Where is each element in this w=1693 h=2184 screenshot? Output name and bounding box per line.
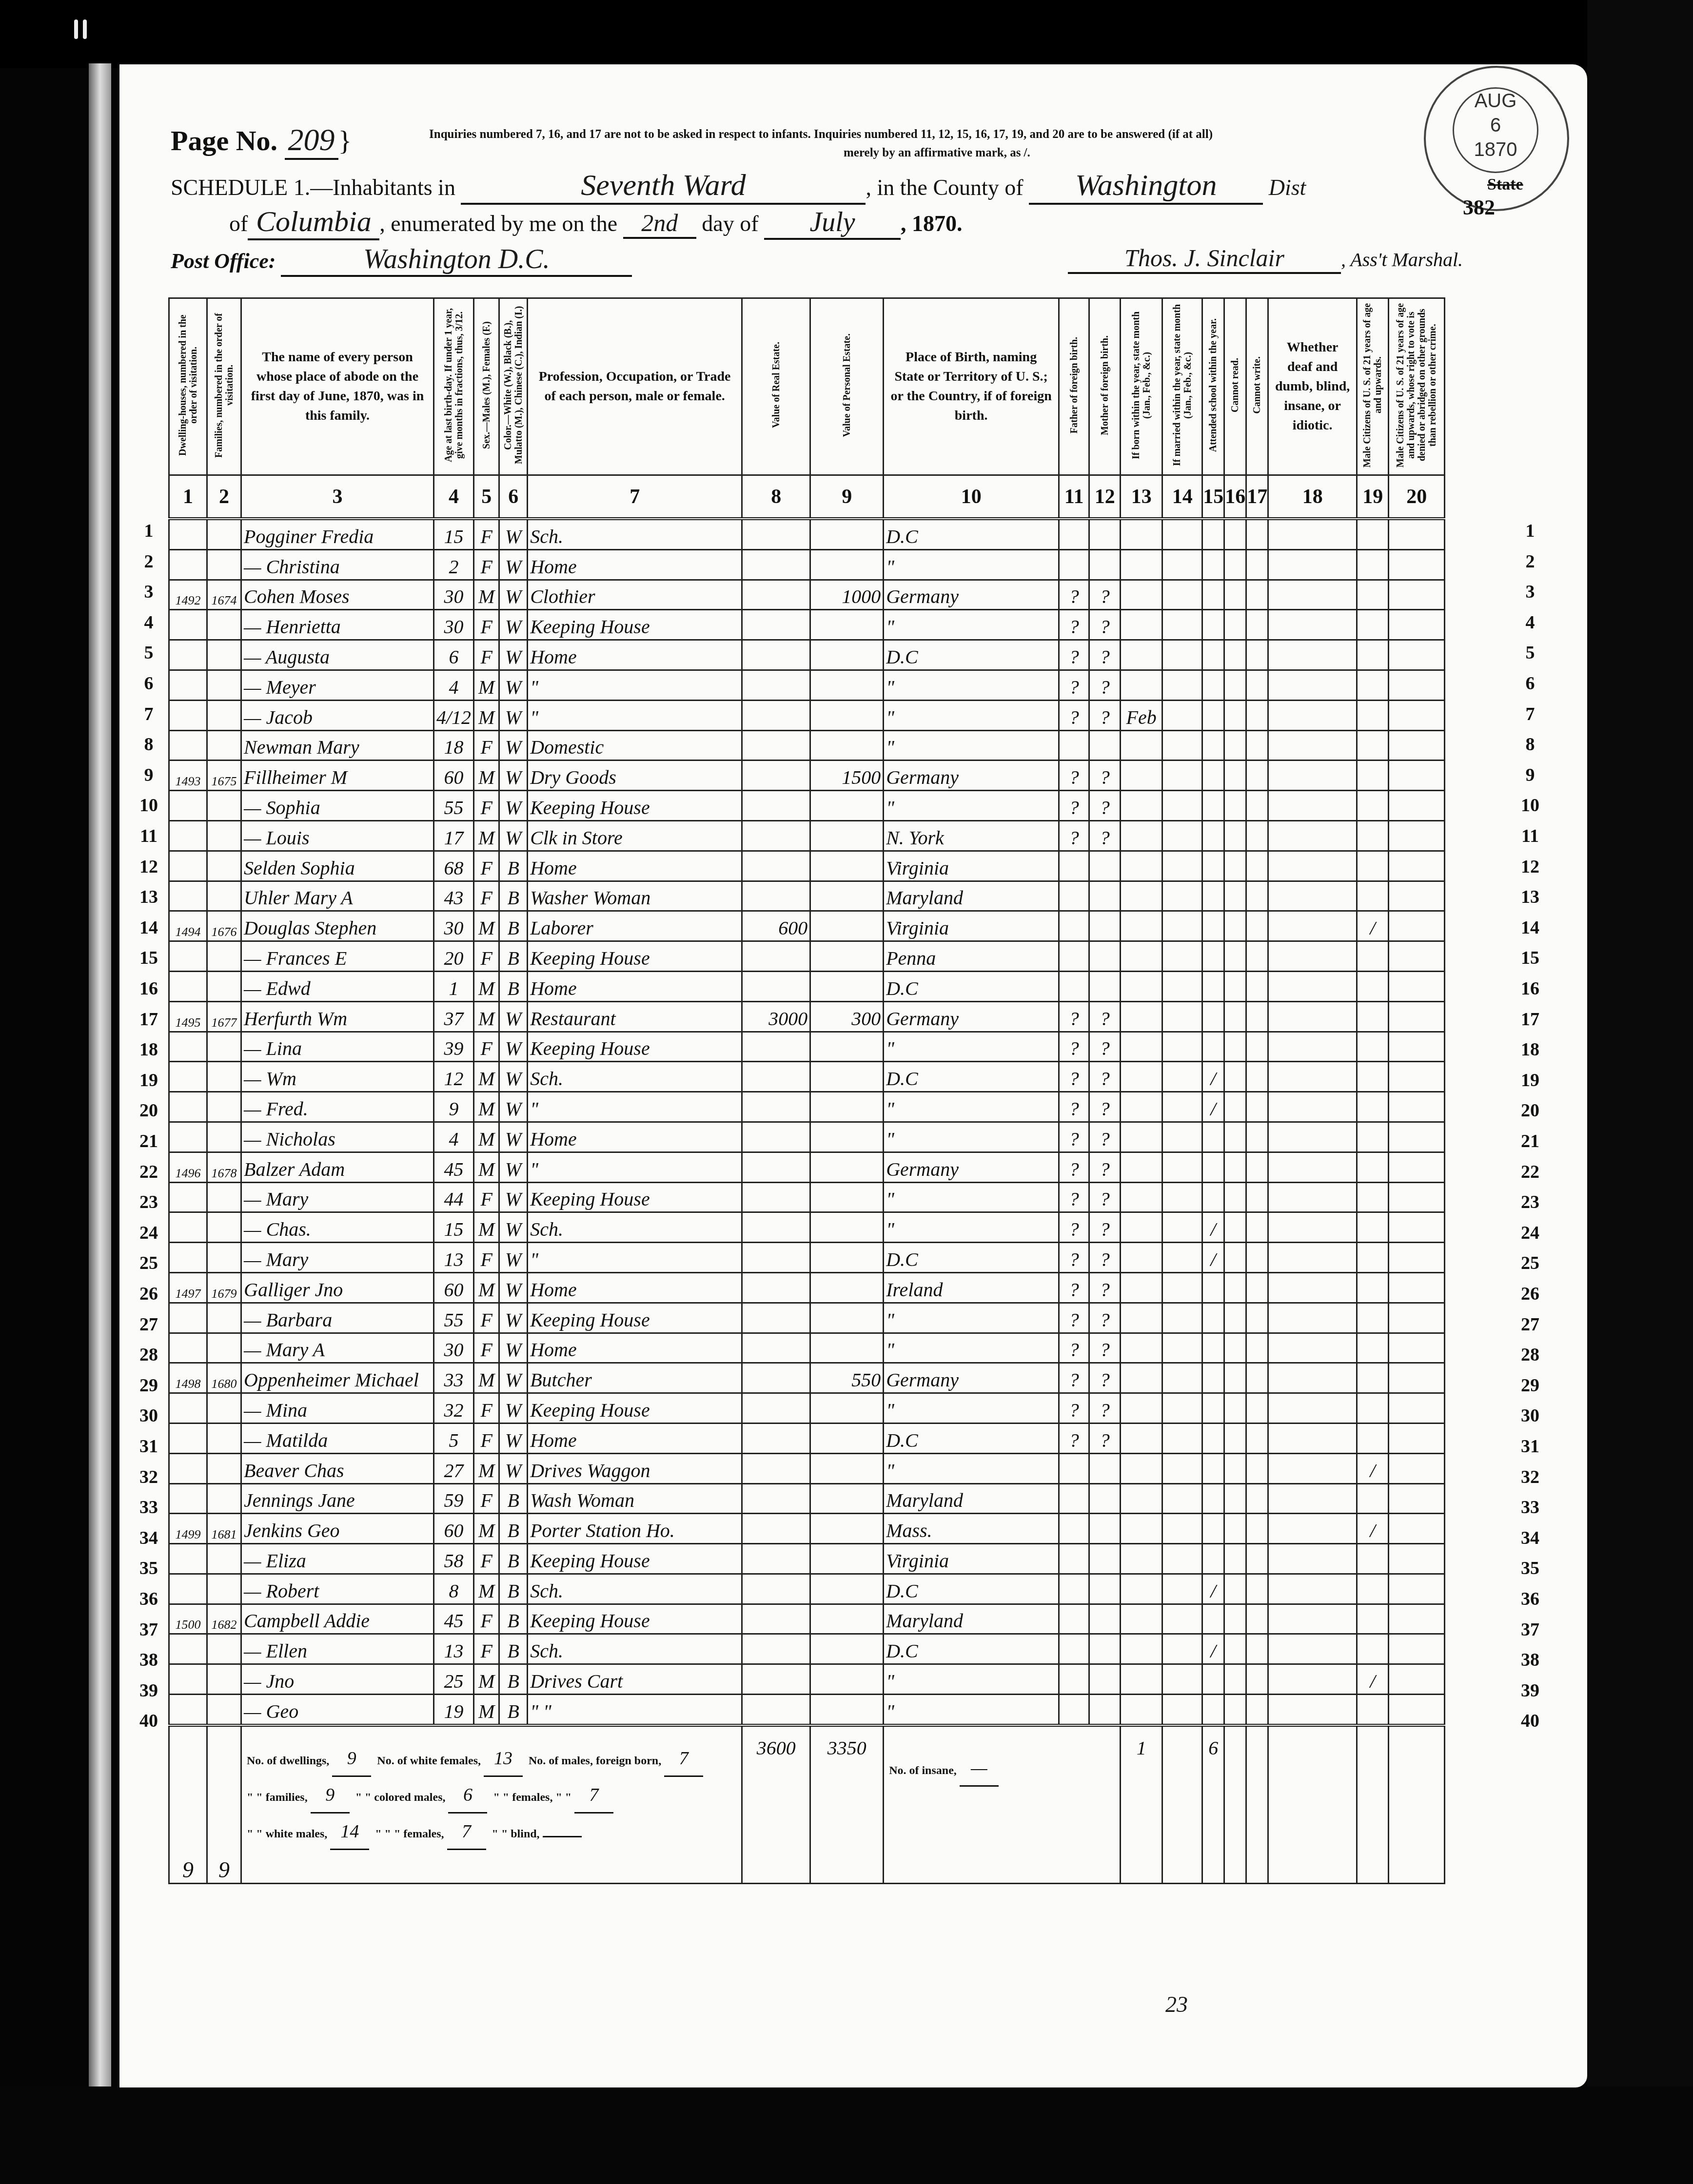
table-row: Newman Mary18FWDomestic"	[169, 730, 1445, 760]
colored-females-count: 7	[447, 1814, 486, 1850]
cell-married-month	[1162, 1001, 1202, 1032]
cell-sex: M	[474, 1272, 499, 1303]
cell-sex: M	[474, 700, 499, 730]
females-foreign-count: 7	[574, 1778, 613, 1813]
cell-deaf	[1268, 549, 1357, 580]
cell-age: 13	[434, 1243, 474, 1273]
cell-citizen	[1357, 1243, 1389, 1273]
cell-father-foreign: ?	[1059, 1032, 1089, 1062]
cell-occupation: Laborer	[528, 911, 742, 941]
cell-deaf	[1268, 1453, 1357, 1483]
cell-name: — Christina	[241, 549, 434, 580]
cell-citizen	[1357, 881, 1389, 911]
cell-cannot-write	[1246, 1182, 1268, 1212]
cell-color: W	[499, 1303, 528, 1333]
column-header-13: If born within the year, state month (Ja…	[1121, 298, 1162, 475]
line-number-left: 19	[139, 1070, 158, 1091]
cell-born-month	[1121, 1182, 1162, 1212]
line-number-left: 23	[139, 1191, 158, 1213]
cell-dwelling	[169, 971, 207, 1001]
cell-sex: M	[474, 1122, 499, 1152]
cell-mother-foreign: ?	[1089, 1182, 1121, 1212]
cell-birthplace: "	[884, 610, 1059, 640]
cell-age: 60	[434, 1272, 474, 1303]
line-number-left: 38	[139, 1649, 158, 1671]
cell-cannot-read	[1224, 820, 1246, 851]
cell-family	[207, 1544, 241, 1574]
cell-mother-foreign: ?	[1089, 1243, 1121, 1273]
table-row: — Chas.15MWSch."??/	[169, 1212, 1445, 1243]
cell-real	[742, 1393, 810, 1423]
cell-father-foreign: ?	[1059, 1243, 1089, 1273]
cell-sex: F	[474, 1333, 499, 1363]
cell-personal	[810, 1604, 884, 1634]
cell-mother-foreign	[1089, 911, 1121, 941]
white-females-label: No. of white females,	[377, 1755, 481, 1767]
cell-school	[1202, 1544, 1224, 1574]
cell-sex: F	[474, 941, 499, 972]
table-row: 14941676Douglas Stephen30MBLaborer600Vir…	[169, 911, 1445, 941]
cell-name: — Mary A	[241, 1333, 434, 1363]
cell-cannot-read	[1224, 1303, 1246, 1333]
line-number-left: 30	[139, 1405, 158, 1426]
line-number-left: 16	[139, 978, 158, 999]
cell-denied	[1389, 1604, 1445, 1634]
line-number-left: 35	[139, 1558, 158, 1579]
cell-personal	[810, 1152, 884, 1182]
line-number-left: 27	[139, 1314, 158, 1335]
cell-father-foreign: ?	[1059, 580, 1089, 610]
column-header-text: Families, numbered in the order of visit…	[214, 302, 235, 468]
cell-school	[1202, 1152, 1224, 1182]
cell-father-foreign: ?	[1059, 1152, 1089, 1182]
cell-age: 43	[434, 881, 474, 911]
county-field: Washington	[1029, 168, 1263, 205]
cell-real	[742, 1092, 810, 1122]
cell-color: B	[499, 881, 528, 911]
line-number-right: 14	[1520, 917, 1540, 938]
cell-citizen	[1357, 1634, 1389, 1664]
cell-dwelling	[169, 1212, 207, 1243]
cell-denied	[1389, 1483, 1445, 1514]
table-row: — Nicholas4MWHome"??	[169, 1122, 1445, 1152]
cell-dwelling	[169, 1243, 207, 1273]
cell-name: Beaver Chas	[241, 1453, 434, 1483]
cell-name: — Lina	[241, 1032, 434, 1062]
cell-dwelling	[169, 1393, 207, 1423]
cell-birthplace: Maryland	[884, 1604, 1059, 1634]
line-number-left: 17	[139, 1009, 158, 1030]
cell-family	[207, 881, 241, 911]
cell-school	[1202, 549, 1224, 580]
cell-family	[207, 971, 241, 1001]
cell-birthplace: Germany	[884, 1152, 1059, 1182]
column-header-15: Attended school within the year.	[1202, 298, 1224, 475]
line-number-left: 3	[139, 581, 158, 603]
column-header-8: Value of Real Estate.	[742, 298, 810, 475]
cell-occupation: Wash Woman	[528, 1483, 742, 1514]
line-number-right: 15	[1520, 947, 1540, 969]
cell-married-month	[1162, 1574, 1202, 1604]
cell-cannot-write	[1246, 760, 1268, 791]
line-number-right: 13	[1520, 886, 1540, 908]
cell-occupation: Restaurant	[528, 1001, 742, 1032]
line-number-right: 40	[1520, 1710, 1540, 1732]
line-number-right: 2	[1520, 551, 1540, 572]
cell-color: W	[499, 1363, 528, 1393]
cell-mother-foreign	[1089, 519, 1121, 549]
cell-personal	[810, 1695, 884, 1725]
cell-name: — Robert	[241, 1574, 434, 1604]
cell-color: W	[499, 700, 528, 730]
column-header-text: Male Citizens of U. S. of 21 years of ag…	[1395, 302, 1438, 468]
cell-personal	[810, 1122, 884, 1152]
cell-name: — Matilda	[241, 1423, 434, 1453]
cell-occupation: Keeping House	[528, 1544, 742, 1574]
cell-cannot-read	[1224, 1152, 1246, 1182]
line-number-left: 29	[139, 1375, 158, 1396]
cell-birthplace: "	[884, 1333, 1059, 1363]
line-number-right: 5	[1520, 642, 1540, 663]
census-table: Dwelling-houses, numbered in the order o…	[168, 297, 1445, 1884]
cell-name: — Barbara	[241, 1303, 434, 1333]
cell-dwelling	[169, 670, 207, 700]
cell-occupation: Sch.	[528, 1574, 742, 1604]
cell-mother-foreign: ?	[1089, 640, 1121, 670]
line-number-right: 11	[1520, 825, 1540, 847]
state-field: Columbia	[248, 205, 379, 240]
cell-name: Newman Mary	[241, 730, 434, 760]
cell-cannot-write	[1246, 1032, 1268, 1062]
line-number-left: 40	[139, 1710, 158, 1732]
cell-name: — Mina	[241, 1393, 434, 1423]
cell-married-month	[1162, 1243, 1202, 1273]
cell-personal	[810, 1333, 884, 1363]
cell-color: B	[499, 1664, 528, 1695]
cell-married-month	[1162, 1423, 1202, 1453]
cell-deaf	[1268, 1664, 1357, 1695]
cell-birthplace: D.C	[884, 1423, 1059, 1453]
cell-real	[742, 881, 810, 911]
line-number-right: 10	[1520, 795, 1540, 816]
cell-mother-foreign: ?	[1089, 820, 1121, 851]
cell-sex: F	[474, 881, 499, 911]
cell-cannot-write	[1246, 1272, 1268, 1303]
cell-age: 4	[434, 670, 474, 700]
cell-denied	[1389, 1212, 1445, 1243]
cell-real	[742, 1182, 810, 1212]
column-number: 16	[1224, 475, 1246, 519]
page-number: 209	[285, 122, 338, 160]
cell-birthplace: "	[884, 1393, 1059, 1423]
cell-age: 45	[434, 1152, 474, 1182]
cell-age: 55	[434, 791, 474, 821]
cell-birthplace: "	[884, 791, 1059, 821]
cell-age: 39	[434, 1032, 474, 1062]
state-prefix: of	[229, 211, 248, 236]
females-foreign-label: " " females, " "	[493, 1791, 571, 1804]
cell-school	[1202, 1514, 1224, 1544]
table-row: 14921674Cohen Moses30MWClothier1000Germa…	[169, 580, 1445, 610]
column-header-5: Sex.—Males (M.), Females (F.)	[474, 298, 499, 475]
cell-family	[207, 1695, 241, 1725]
table-row: 14981680Oppenheimer Michael33MWButcher55…	[169, 1363, 1445, 1393]
cell-deaf	[1268, 1032, 1357, 1062]
cell-cannot-read	[1224, 610, 1246, 640]
cell-birthplace: Virginia	[884, 851, 1059, 881]
cell-color: W	[499, 549, 528, 580]
cell-citizen: /	[1357, 911, 1389, 941]
cell-real	[742, 700, 810, 730]
cell-sex: M	[474, 1363, 499, 1393]
scan-background-right	[1587, 0, 1693, 2184]
cell-married-month	[1162, 730, 1202, 760]
cell-mother-foreign: ?	[1089, 1272, 1121, 1303]
cell-name: Herfurth Wm	[241, 1001, 434, 1032]
cell-real	[742, 1695, 810, 1725]
cell-cannot-read	[1224, 911, 1246, 941]
cell-age: 15	[434, 519, 474, 549]
line-number-right: 21	[1520, 1131, 1540, 1152]
cell-cannot-write	[1246, 1001, 1268, 1032]
cell-citizen	[1357, 971, 1389, 1001]
cell-color: B	[499, 911, 528, 941]
column-header-text: Age at last birth-day. If under 1 year, …	[443, 302, 465, 468]
cell-citizen	[1357, 1032, 1389, 1062]
cell-family	[207, 640, 241, 670]
cell-father-foreign	[1059, 1514, 1089, 1544]
schedule-label: SCHEDULE 1.—Inhabitants in	[171, 175, 455, 200]
column-header-text: Mother of foreign birth.	[1100, 335, 1110, 435]
cell-mother-foreign: ?	[1089, 1393, 1121, 1423]
cell-occupation: Keeping House	[528, 1182, 742, 1212]
line-number-right: 17	[1520, 1009, 1540, 1030]
table-row: 14931675Fillheimer M60MWDry Goods1500Ger…	[169, 760, 1445, 791]
cell-citizen	[1357, 610, 1389, 640]
cell-sex: F	[474, 1393, 499, 1423]
cell-born-month	[1121, 1092, 1162, 1122]
cell-father-foreign	[1059, 519, 1089, 549]
cell-real	[742, 941, 810, 972]
cell-birthplace: "	[884, 730, 1059, 760]
cell-birthplace: D.C	[884, 640, 1059, 670]
cell-cannot-write	[1246, 1695, 1268, 1725]
cell-real	[742, 1574, 810, 1604]
cell-father-foreign	[1059, 1664, 1089, 1695]
cell-age: 30	[434, 580, 474, 610]
cell-sex: M	[474, 1574, 499, 1604]
cell-name: — Sophia	[241, 791, 434, 821]
cell-citizen	[1357, 1695, 1389, 1725]
column-header-11: Father of foreign birth.	[1059, 298, 1089, 475]
cell-family: 1681	[207, 1514, 241, 1544]
cell-family	[207, 1423, 241, 1453]
cell-occupation: Sch.	[528, 1634, 742, 1664]
cell-married-month	[1162, 1393, 1202, 1423]
cell-name: — Fred.	[241, 1092, 434, 1122]
cell-deaf	[1268, 1634, 1357, 1664]
cell-name: Fillheimer M	[241, 760, 434, 791]
cell-school	[1202, 1483, 1224, 1514]
cell-born-month	[1121, 1483, 1162, 1514]
cell-birthplace: "	[884, 1122, 1059, 1152]
cell-married-month	[1162, 820, 1202, 851]
cell-color: W	[499, 730, 528, 760]
cell-birthplace: "	[884, 1092, 1059, 1122]
cell-family: 1675	[207, 760, 241, 791]
cell-occupation: Porter Station Ho.	[528, 1514, 742, 1544]
cell-birthplace: "	[884, 1695, 1059, 1725]
cell-citizen	[1357, 820, 1389, 851]
cell-deaf	[1268, 1152, 1357, 1182]
cell-dwelling	[169, 820, 207, 851]
cell-dwelling	[169, 1062, 207, 1092]
cell-cannot-write	[1246, 610, 1268, 640]
total-cannot-write	[1246, 1725, 1268, 1884]
cell-sex: M	[474, 820, 499, 851]
line-number-left: 6	[139, 673, 158, 694]
cell-cannot-write	[1246, 941, 1268, 972]
cell-occupation: "	[528, 670, 742, 700]
cell-sex: M	[474, 1514, 499, 1544]
cell-family	[207, 1483, 241, 1514]
cell-cannot-write	[1246, 1243, 1268, 1273]
line-number-left: 12	[139, 856, 158, 877]
column-number: 5	[474, 475, 499, 519]
cell-cannot-read	[1224, 549, 1246, 580]
cell-sex: M	[474, 911, 499, 941]
line-number-right: 3	[1520, 581, 1540, 603]
cell-married-month	[1162, 1514, 1202, 1544]
cell-citizen: /	[1357, 1664, 1389, 1695]
cell-family	[207, 1333, 241, 1363]
cell-age: 13	[434, 1634, 474, 1664]
cell-occupation: Keeping House	[528, 1032, 742, 1062]
table-row: Uhler Mary A43FBWasher WomanMaryland	[169, 881, 1445, 911]
cell-mother-foreign	[1089, 1634, 1121, 1664]
line-number-right: 29	[1520, 1375, 1540, 1396]
cell-cannot-write	[1246, 1574, 1268, 1604]
cell-sex: F	[474, 610, 499, 640]
cell-denied	[1389, 1574, 1445, 1604]
cell-married-month	[1162, 1634, 1202, 1664]
dwellings-label: No. of dwellings,	[247, 1755, 329, 1767]
cell-name: — Augusta	[241, 640, 434, 670]
cell-father-foreign	[1059, 911, 1089, 941]
cell-name: Jenkins Geo	[241, 1514, 434, 1544]
cell-mother-foreign	[1089, 1453, 1121, 1483]
cell-deaf	[1268, 1092, 1357, 1122]
cell-school	[1202, 791, 1224, 821]
line-number-right: 6	[1520, 673, 1540, 694]
cell-born-month	[1121, 519, 1162, 549]
column-header-3: The name of every person whose place of …	[241, 298, 434, 475]
cell-occupation: Sch.	[528, 519, 742, 549]
cell-cannot-read	[1224, 1333, 1246, 1363]
cell-personal	[810, 791, 884, 821]
cell-dwelling	[169, 791, 207, 821]
cell-cannot-write	[1246, 670, 1268, 700]
cell-personal	[810, 1062, 884, 1092]
cell-color: W	[499, 1001, 528, 1032]
cell-birthplace: "	[884, 1303, 1059, 1333]
column-number: 10	[884, 475, 1059, 519]
cell-real	[742, 1423, 810, 1453]
cell-father-foreign: ?	[1059, 1423, 1089, 1453]
cell-denied	[1389, 1243, 1445, 1273]
cell-dwelling: 1496	[169, 1152, 207, 1182]
margin-families: 9	[207, 1725, 241, 1884]
cell-school	[1202, 1001, 1224, 1032]
cell-citizen	[1357, 700, 1389, 730]
cell-color: B	[499, 1574, 528, 1604]
column-header-12: Mother of foreign birth.	[1089, 298, 1121, 475]
table-row: — Henrietta30FWKeeping House"??	[169, 610, 1445, 640]
table-row: — Edwd1MBHomeD.C	[169, 971, 1445, 1001]
instructions-line2: merely by an affirmative mark, as /.	[844, 146, 1030, 160]
cell-father-foreign	[1059, 549, 1089, 580]
table-row: — Lina39FWKeeping House"??	[169, 1032, 1445, 1062]
post-office-field: Washington D.C.	[281, 244, 632, 277]
table-row: 14971679Galliger Jno60MWHomeIreland??	[169, 1272, 1445, 1303]
cell-occupation: Drives Cart	[528, 1664, 742, 1695]
column-header-17: Cannot write.	[1246, 298, 1268, 475]
cell-cannot-write	[1246, 1303, 1268, 1333]
cell-school	[1202, 911, 1224, 941]
total-citizens	[1357, 1725, 1389, 1884]
cell-dwelling	[169, 881, 207, 911]
column-header-text: Place of Birth, naming State or Territor…	[884, 348, 1058, 426]
cell-mother-foreign: ?	[1089, 1333, 1121, 1363]
cell-school	[1202, 580, 1224, 610]
cell-name: — Eliza	[241, 1544, 434, 1574]
cell-color: W	[499, 1062, 528, 1092]
cell-father-foreign	[1059, 971, 1089, 1001]
table-row: — Barbara55FWKeeping House"??	[169, 1303, 1445, 1333]
cell-cannot-read	[1224, 730, 1246, 760]
cell-denied	[1389, 580, 1445, 610]
cell-born-month	[1121, 730, 1162, 760]
cell-deaf	[1268, 1363, 1357, 1393]
cell-color: W	[499, 1182, 528, 1212]
column-header-text: Value of Real Estate.	[771, 342, 782, 428]
line-number-left: 20	[139, 1100, 158, 1121]
cell-occupation: "	[528, 1092, 742, 1122]
cell-dwelling	[169, 1453, 207, 1483]
cell-denied	[1389, 1453, 1445, 1483]
enumerated-label: , enumerated by me on the	[379, 211, 617, 236]
table-row: — Louis17MWClk in StoreN. York??	[169, 820, 1445, 851]
cell-cannot-read	[1224, 1393, 1246, 1423]
cell-born-month	[1121, 881, 1162, 911]
column-number: 12	[1089, 475, 1121, 519]
cell-cannot-write	[1246, 1514, 1268, 1544]
cell-dwelling	[169, 1032, 207, 1062]
cell-color: W	[499, 760, 528, 791]
cell-father-foreign	[1059, 1634, 1089, 1664]
cell-age: 9	[434, 1092, 474, 1122]
cell-cannot-read	[1224, 1272, 1246, 1303]
cell-born-month	[1121, 1122, 1162, 1152]
cell-mother-foreign: ?	[1089, 1212, 1121, 1243]
cell-personal	[810, 820, 884, 851]
cell-family	[207, 1453, 241, 1483]
cell-personal	[810, 1303, 884, 1333]
cell-birthplace: Ireland	[884, 1272, 1059, 1303]
cell-birthplace: Germany	[884, 760, 1059, 791]
cell-real	[742, 760, 810, 791]
cell-born-month	[1121, 1634, 1162, 1664]
